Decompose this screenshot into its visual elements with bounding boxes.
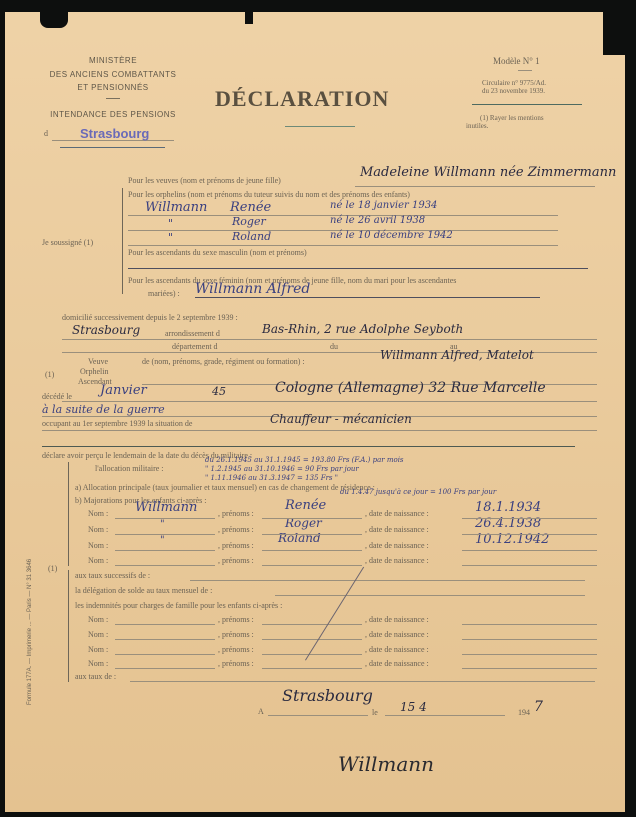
prenoms-label: , prénoms : [218,630,254,639]
military-label: l'allocation militaire : [95,464,164,473]
field-line [462,639,597,640]
field-line [462,654,597,655]
field-line [115,518,215,519]
torn-edge [245,10,253,24]
child-firstname[interactable]: Renée [285,498,326,513]
died-value[interactable]: Janvier [100,383,147,398]
bracket-line [68,462,69,566]
page-title: DÉCLARATION [215,86,389,112]
field-line [462,565,597,566]
field-line [42,430,597,431]
model-number: Modèle N° 1 [493,56,540,66]
nom-label: Nom : [88,630,108,639]
footnote-2: inutiles. [466,122,488,130]
rate-label: aux taux de : [75,672,116,681]
orphan-birth[interactable]: né le 18 janvier 1934 [330,200,437,211]
signature-date[interactable]: 15 4 [400,700,427,714]
field-line [262,654,362,655]
intendance: INTENDANCE DES PENSIONS [48,110,178,119]
field-line [262,534,362,535]
birthdate-label: , date de naissance : [365,525,429,534]
field-line [462,668,597,669]
field-line [62,339,597,340]
field-line [262,668,362,669]
situation-value[interactable]: Chauffeur - mécanicien [270,412,412,426]
widows-label: Pour les veuves (nom et prénoms de jeune… [128,176,281,185]
field-line [262,518,362,519]
field-line [128,268,588,269]
circular-line-1: Circulaire n° 9775/Ad. [482,79,546,87]
divider [472,104,582,105]
male-ascendants-label: Pour les ascendants du sexe masculin (no… [128,248,307,257]
field-line [115,565,215,566]
rates-label: aux taux successifs de : [75,571,150,580]
option-widow[interactable]: Veuve [88,357,108,366]
orphan-surname[interactable]: " [168,217,173,230]
city-stamp: Strasbourg [80,126,149,141]
bracket-line [122,188,123,294]
nom-label: Nom : [88,509,108,518]
at-label: A [258,707,264,716]
divider [518,70,532,71]
field-line [462,534,597,535]
arrondissement-label: arrondissement d [165,329,220,338]
nom-label: Nom : [88,659,108,668]
female-ascendants-label-2: mariées) : [148,289,180,298]
orphan-birth[interactable]: né le 10 décembre 1942 [330,230,453,241]
field-line [195,297,540,298]
ministry-line-3: ET PENSIONNÉS [48,83,178,92]
circular-line-2: du 23 novembre 1939. [482,87,545,95]
orphans-label: Pour les orphelins (nom et prénoms du tu… [128,190,410,199]
nom-label: Nom : [88,525,108,534]
field-line [115,550,215,551]
field-line [462,550,597,551]
field-line [62,401,597,402]
domicile-label: domicilié successivement depuis le 2 sep… [62,313,238,322]
field-line [462,518,597,519]
du-label: du [330,342,338,351]
field-line [262,550,362,551]
signature-place[interactable]: Strasbourg [282,686,373,705]
field-line [355,186,595,187]
child-surname[interactable]: " [160,519,165,530]
orphan-surname[interactable]: Willmann [145,200,207,215]
of-value[interactable]: Willmann Alfred, Matelot [380,348,534,362]
field-line [268,715,368,716]
field-line [262,565,362,566]
signature[interactable]: Willmann [338,752,434,776]
title-underline [285,126,355,127]
prenoms-label: , prénoms : [218,645,254,654]
child-birthdate[interactable]: 18.1.1934 [475,500,541,515]
nom-label: Nom : [88,615,108,624]
option-orphan[interactable]: Orphelin [80,367,108,376]
prenoms-label: , prénoms : [218,509,254,518]
military-line[interactable]: du 26.1.1945 au 31.1.1945 = 193.80 Frs (… [205,456,404,464]
delegation-label: la délégation de solde au taux mensuel d… [75,586,212,595]
ministry-line-2: DES ANCIENS COMBATTANTS [48,70,178,79]
died-label: décédé le [42,392,72,401]
on-label: le [372,708,378,717]
nom-label: Nom : [88,556,108,565]
of-label: de (nom, prénoms, grade, régiment ou for… [142,357,305,366]
field-line [462,624,597,625]
indemnities-label: les indemnités pour charges de famille p… [75,601,282,610]
birthdate-label: , date de naissance : [365,659,429,668]
prenoms-label: , prénoms : [218,615,254,624]
city-prefix: d [44,129,48,138]
place-value[interactable]: Cologne (Allemagne) 32 Rue Marcelle [275,380,546,396]
stamp-underline [60,147,165,148]
birthdate-label: , date de naissance : [365,645,429,654]
arrondissement-value[interactable]: Bas-Rhin, 2 rue Adolphe Seyboth [262,322,463,336]
orphan-birth[interactable]: né le 26 avril 1938 [330,215,425,226]
soussigne-label: Je soussigné (1) [42,238,93,247]
orphan-firstname[interactable]: Roger [232,215,266,228]
field-line [115,624,215,625]
field-line [385,715,505,716]
field-line [190,580,585,581]
military-line[interactable]: " 1.2.1945 au 31.10.1946 = 90 Frs par jo… [205,465,359,473]
domicile-city[interactable]: Strasbourg [72,323,140,337]
nom-label: Nom : [88,645,108,654]
widow-name[interactable]: Madeleine Willmann née Zimmermann [360,165,616,180]
prenoms-label: , prénoms : [218,659,254,668]
field-line [115,534,215,535]
department-label: département d [172,342,218,351]
prenoms-label: , prénoms : [218,541,254,550]
nom-label: Nom : [88,541,108,550]
footnote-1: (1) Rayer les mentions [480,114,544,122]
successive-footnote: (1) [48,564,57,573]
birthdate-label: , date de naissance : [365,541,429,550]
field-line [130,681,595,682]
died-year[interactable]: 45 [212,385,226,398]
allowance-a-label: a) Allocation principale (taux journalie… [75,483,375,492]
year-digit[interactable]: 7 [534,699,543,715]
field-line [115,668,215,669]
orphan-surname[interactable]: " [168,231,173,244]
female-ascendant-value[interactable]: Willmann Alfred [195,281,310,297]
year-prefix: 194 [518,708,530,717]
birthdate-label: , date de naissance : [365,630,429,639]
prenoms-label: , prénoms : [218,525,254,534]
orphan-firstname[interactable]: Roland [232,230,271,243]
ministry-line-1: MINISTÈRE [48,56,178,65]
dark-border [625,0,636,817]
cause-value[interactable]: à la suite de la guerre [42,403,165,416]
prenoms-label: , prénoms : [218,556,254,565]
divider [106,98,120,99]
situation-label: occupant au 1er septembre 1939 la situat… [42,419,192,428]
child-surname[interactable]: " [160,535,165,546]
torn-edge [40,10,68,28]
status-footnote: (1) [45,370,54,379]
section-divider [42,446,575,447]
child-surname[interactable]: Willmann [135,500,197,515]
allowance-b-value[interactable]: du 1.4.47 jusqu'à ce jour = 100 Frs par … [340,488,496,496]
birthdate-label: , date de naissance : [365,615,429,624]
margin-print: Formule 177A. — Imprimerie ... — Paris —… [27,559,33,705]
field-line [115,639,215,640]
bracket-line [68,570,69,682]
field-line [275,595,585,596]
orphan-firstname[interactable]: Renée [230,200,271,215]
field-line [262,639,362,640]
field-line [262,624,362,625]
birthdate-label: , date de naissance : [365,509,429,518]
military-line[interactable]: " 1.11.1946 au 31.3.1947 = 135 Frs " [205,474,338,482]
birthdate-label: , date de naissance : [365,556,429,565]
field-line [115,654,215,655]
field-line [128,245,558,246]
